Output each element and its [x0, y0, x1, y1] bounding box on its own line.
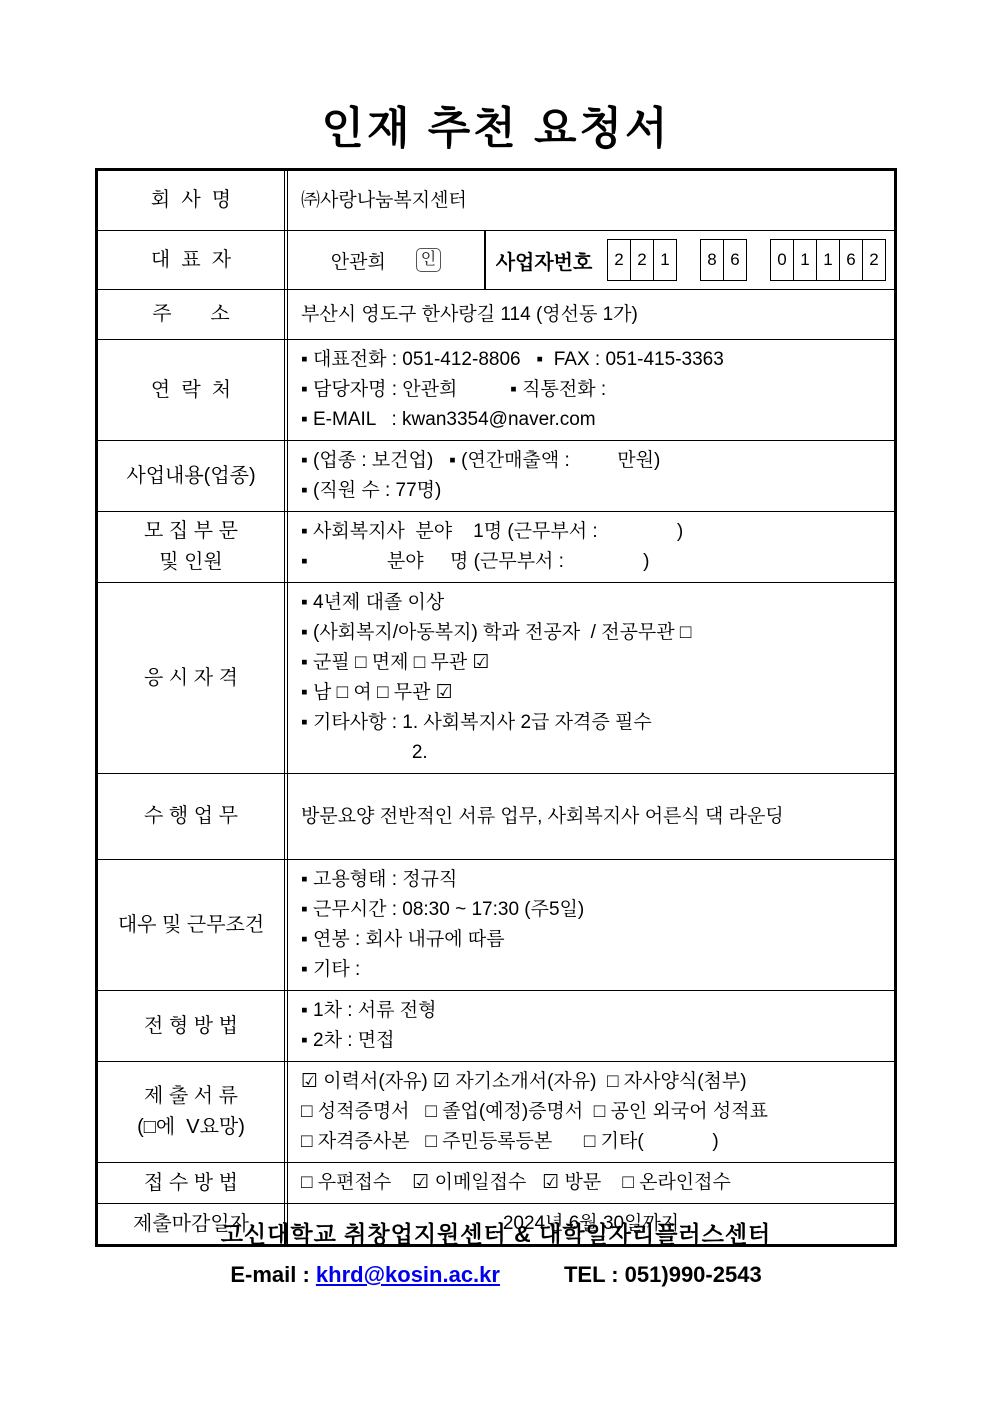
footer-email-label: E-mail :: [230, 1262, 316, 1287]
duties-text: 방문요양 전반적인 서류 업무, 사회복지사 어른식 댁 라운딩: [301, 802, 886, 832]
row-conditions: 대우 및 근무조건 ▪ 고용형태 : 정규직 ▪ 근무시간 : 08:30 ~ …: [98, 859, 894, 990]
contact-line: ▪ E-MAIL : kwan3354@naver.com: [301, 405, 886, 435]
row-representative: 대 표 자 안관희 인 사업자번호 2 2 1 8 6: [98, 230, 894, 289]
selection-value: ▪ 1차 : 서류 전형 ▪ 2차 : 면접: [288, 991, 894, 1061]
address-text: 부산시 영도구 한사랑길 114 (영선동 1가): [301, 300, 886, 330]
business-line: ▪ (업종 : 보건업) ▪ (연간매출액 : 만원): [301, 446, 886, 476]
address-value: 부산시 영도구 한사랑길 114 (영선동 1가): [288, 290, 894, 339]
seal-icon: 인: [416, 248, 441, 272]
digit-cell: 2: [862, 239, 886, 281]
contact-label: 연 락 처: [98, 340, 288, 440]
reception-label: 접 수 방 법: [98, 1163, 288, 1203]
representative-content: 안관희 인 사업자번호 2 2 1 8 6 0 1: [288, 231, 894, 289]
conditions-line: ▪ 고용형태 : 정규직: [301, 865, 886, 895]
qualification-line: ▪ (사회복지/아동복지) 학과 전공자 / 전공무관 □: [301, 618, 886, 648]
digit-cell: 1: [653, 239, 677, 281]
representative-label: 대 표 자: [98, 231, 288, 289]
row-duties: 수 행 업 무 방문요양 전반적인 서류 업무, 사회복지사 어른식 댁 라운딩: [98, 773, 894, 859]
documents-label: 제 출 서 류 (□에 V요망): [98, 1062, 288, 1162]
reception-value: □ 우편접수 ☑ 이메일접수 ☑ 방문 □ 온라인접수: [288, 1163, 894, 1203]
recruit-line: ▪ 사회복지사 분야 1명 (근무부서 : ): [301, 517, 886, 547]
row-company: 회 사 명 ㈜사랑나눔복지센터: [98, 171, 894, 230]
contact-line: ▪ 대표전화 : 051-412-8806 ▪ FAX : 051-415-33…: [301, 345, 886, 375]
footer-email-link[interactable]: khrd@kosin.ac.kr: [316, 1262, 500, 1287]
qualification-line: ▪ 군필 □ 면제 □ 무관 ☑: [301, 648, 886, 678]
business-line: ▪ (직원 수 : 77명): [301, 476, 886, 506]
qualification-line: ▪ 남 □ 여 □ 무관 ☑: [301, 678, 886, 708]
conditions-line: ▪ 기타 :: [301, 955, 886, 985]
qualification-value: ▪ 4년제 대졸 이상 ▪ (사회복지/아동복지) 학과 전공자 / 전공무관 …: [288, 583, 894, 773]
company-name-text: ㈜사랑나눔복지센터: [301, 186, 886, 216]
company-value: ㈜사랑나눔복지센터: [288, 171, 894, 230]
digit-cell: 8: [700, 239, 724, 281]
page-title: 인재 추천 요청서: [0, 92, 992, 156]
conditions-value: ▪ 고용형태 : 정규직 ▪ 근무시간 : 08:30 ~ 17:30 (주5일…: [288, 860, 894, 990]
documents-line: ☑ 이력서(자유) ☑ 자기소개서(자유) □ 자사양식(첨부): [301, 1067, 886, 1097]
company-label: 회 사 명: [98, 171, 288, 230]
digit-cell: 2: [630, 239, 654, 281]
row-address: 주 소 부산시 영도구 한사랑길 114 (영선동 1가): [98, 289, 894, 339]
qualification-line: ▪ 4년제 대졸 이상: [301, 588, 886, 618]
contact-value: ▪ 대표전화 : 051-412-8806 ▪ FAX : 051-415-33…: [288, 340, 894, 440]
row-documents: 제 출 서 류 (□에 V요망) ☑ 이력서(자유) ☑ 자기소개서(자유) □…: [98, 1061, 894, 1162]
business-number-group-1: 2 2 1: [607, 239, 677, 281]
document-page: 인재 추천 요청서 회 사 명 ㈜사랑나눔복지센터 대 표 자 안관희 인 사업…: [0, 0, 992, 1403]
address-label: 주 소: [98, 290, 288, 339]
recruit-line: ▪ 분야 명 (근무부서 : ): [301, 547, 886, 577]
recruit-label: 모 집 부 문 및 인원: [98, 512, 288, 582]
digit-cell: 1: [816, 239, 840, 281]
qualification-line: 2.: [301, 738, 886, 768]
reception-text: □ 우편접수 ☑ 이메일접수 ☑ 방문 □ 온라인접수: [301, 1168, 886, 1198]
conditions-line: ▪ 연봉 : 회사 내규에 따름: [301, 925, 886, 955]
representative-name: 안관희: [331, 247, 386, 274]
row-business: 사업내용(업종) ▪ (업종 : 보건업) ▪ (연간매출액 : 만원) ▪ (…: [98, 440, 894, 511]
recruit-value: ▪ 사회복지사 분야 1명 (근무부서 : ) ▪ 분야 명 (근무부서 : ): [288, 512, 894, 582]
row-qualification: 응 시 자 격 ▪ 4년제 대졸 이상 ▪ (사회복지/아동복지) 학과 전공자…: [98, 582, 894, 773]
row-recruit: 모 집 부 문 및 인원 ▪ 사회복지사 분야 1명 (근무부서 : ) ▪ 분…: [98, 511, 894, 582]
representative-name-cell: 안관희 인: [288, 231, 484, 289]
duties-label: 수 행 업 무: [98, 774, 288, 859]
digit-cell: 0: [770, 239, 794, 281]
business-number-label: 사업자번호: [484, 231, 602, 289]
duties-value: 방문요양 전반적인 서류 업무, 사회복지사 어른식 댁 라운딩: [288, 774, 894, 859]
digit-cell: 2: [607, 239, 631, 281]
digit-cell: 1: [793, 239, 817, 281]
business-number-boxes: 2 2 1 8 6 0 1 1 6 2: [602, 231, 894, 289]
business-number-group-2: 8 6: [700, 239, 747, 281]
qualification-label: 응 시 자 격: [98, 583, 288, 773]
documents-value: ☑ 이력서(자유) ☑ 자기소개서(자유) □ 자사양식(첨부) □ 성적증명서…: [288, 1062, 894, 1162]
footer-contact-line: E-mail : khrd@kosin.ac.krTEL : 051)990-2…: [0, 1262, 992, 1288]
conditions-label: 대우 및 근무조건: [98, 860, 288, 990]
qualification-line: ▪ 기타사항 : 1. 사회복지사 2급 자격증 필수: [301, 708, 886, 738]
digit-cell: 6: [723, 239, 747, 281]
row-reception: 접 수 방 법 □ 우편접수 ☑ 이메일접수 ☑ 방문 □ 온라인접수: [98, 1162, 894, 1203]
contact-line: ▪ 담당자명 : 안관희 ▪ 직통전화 :: [301, 375, 886, 405]
row-selection: 전 형 방 법 ▪ 1차 : 서류 전형 ▪ 2차 : 면접: [98, 990, 894, 1061]
selection-label: 전 형 방 법: [98, 991, 288, 1061]
selection-line: ▪ 2차 : 면접: [301, 1026, 886, 1056]
business-value: ▪ (업종 : 보건업) ▪ (연간매출액 : 만원) ▪ (직원 수 : 77…: [288, 441, 894, 511]
footer-tel: TEL : 051)990-2543: [564, 1262, 762, 1287]
selection-line: ▪ 1차 : 서류 전형: [301, 996, 886, 1026]
footer: 고신대학교 취창업지원센터 & 대학일자리플러스센터 E-mail : khrd…: [0, 1216, 992, 1288]
footer-org: 고신대학교 취창업지원센터 & 대학일자리플러스센터: [0, 1216, 992, 1249]
documents-line: □ 자격증사본 □ 주민등록등본 □ 기타( ): [301, 1127, 886, 1157]
business-label: 사업내용(업종): [98, 441, 288, 511]
business-number-group-3: 0 1 1 6 2: [770, 239, 886, 281]
digit-cell: 6: [839, 239, 863, 281]
documents-line: □ 성적증명서 □ 졸업(예정)증명서 □ 공인 외국어 성적표: [301, 1097, 886, 1127]
row-contact: 연 락 처 ▪ 대표전화 : 051-412-8806 ▪ FAX : 051-…: [98, 339, 894, 440]
conditions-line: ▪ 근무시간 : 08:30 ~ 17:30 (주5일): [301, 895, 886, 925]
form-table: 회 사 명 ㈜사랑나눔복지센터 대 표 자 안관희 인 사업자번호 2 2 1: [95, 168, 897, 1247]
